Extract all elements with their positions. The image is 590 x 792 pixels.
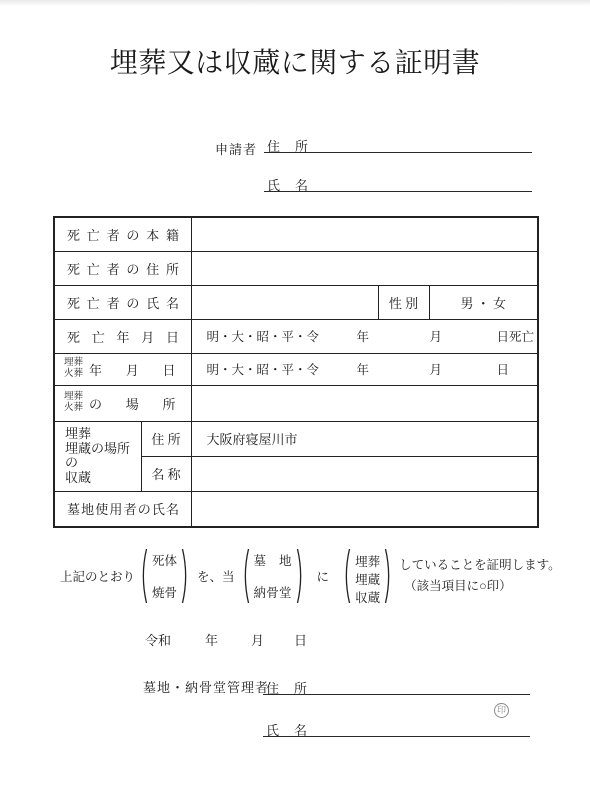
left-paren-icon [342,547,351,605]
domicile-label: 死 亡 者 の 本 籍 [54,217,191,251]
sex-label: 性 別 [378,285,429,319]
interment-name-label: 名 称 [141,456,191,491]
document-title: 埋葬又は収蔵に関する証明書 [0,41,590,81]
manager-label: 墓地・納骨堂管理者 [143,677,269,696]
manager-name-field: 氏 名 [263,720,530,737]
certification-sentence: 上記のとおり 死体 焼骨 を、当 墓 地 納骨堂 に 埋葬 埋蔵 収蔵 している… [60,547,561,605]
cert-statement: していることを証明します。 [399,558,561,572]
applicant-address-field: 住 所 [264,136,532,153]
cert-tail: していることを証明します。 （該当項目に○印） [399,555,561,597]
cert-mid1: を、当 [197,567,235,585]
table-row: 死 亡 者 の 氏 名 性 別 男 ・ 女 [54,285,538,319]
applicant-name-label: 氏 名 [264,178,309,193]
burial-place-label: の 場 所 [83,394,188,413]
cert-note: （該当項目に○印） [399,579,512,593]
era-options: 明・大・昭・平・令 [207,327,320,345]
table-row: 埋葬火葬 年 月 日 明・大・昭・平・令 年 月 日 [54,353,538,385]
table-row: 死 亡 年 月 日 明・大・昭・平・令 年 月 日死亡 [54,319,538,353]
burial-cremation-stack: 埋葬火葬 [64,358,83,380]
applicant-label: 申請者 [215,139,257,158]
issue-date-line: 令和 年 月 日 [145,630,345,646]
year-label: 年 [357,327,370,345]
table-row: 墓地使用者の氏名 [54,491,538,527]
interment-address-label: 住 所 [141,421,191,456]
deceased-name-value [191,285,378,319]
option-burial: 埋葬 [355,552,380,570]
right-paren-icon [296,547,305,605]
day-death-label: 日死亡 [497,327,535,345]
subject-options-group: 死体 焼骨 [139,547,190,605]
option-graveyard: 墓 地 [254,551,292,569]
day-label: 日 [497,360,510,378]
option-corpse: 死体 [152,551,177,569]
page-top-shadow [0,0,590,6]
burial-date-value-cell: 明・大・昭・平・令 年 月 日 [191,353,538,385]
left-paren-icon [241,547,250,605]
interment-place-label: 埋葬 埋蔵の場所の 収蔵 [54,421,141,491]
applicant-address-label: 住 所 [264,139,309,154]
option-interment: 埋蔵 [355,570,380,588]
death-date-label: 死 亡 年 月 日 [54,319,191,353]
burial-cremation-stack: 埋葬火葬 [64,392,83,414]
burial-date-label-cell: 埋葬火葬 年 月 日 [54,353,191,385]
burial-place-label-cell: 埋葬火葬 の 場 所 [54,385,191,421]
table-row: 埋葬火葬 の 場 所 [54,385,538,421]
table-row: 埋葬 埋蔵の場所の 収蔵 住 所 大阪府寝屋川市 [54,421,538,456]
deceased-name-label: 死 亡 者 の 氏 名 [54,285,191,319]
left-paren-icon [139,547,148,605]
month-label: 月 [251,630,264,649]
interment-name-value [191,456,538,491]
month-label: 月 [430,327,443,345]
interment-address-value: 大阪府寝屋川市 [191,421,538,456]
grave-user-name-value [191,491,538,527]
option-storage: 収蔵 [355,588,380,606]
burial-place-value [191,385,538,421]
table-row: 死 亡 者 の 住 所 [54,251,538,285]
cert-mid2: に [317,567,330,585]
era-options: 明・大・昭・平・令 [207,360,320,378]
manager-address-label: 住 所 [263,681,308,696]
table-row: 死 亡 者 の 本 籍 [54,217,538,251]
right-paren-icon [384,547,393,605]
option-charnel-house: 納骨堂 [254,583,292,601]
cert-lead: 上記のとおり [60,567,135,585]
death-date-value-cell: 明・大・昭・平・令 年 月 日死亡 [191,319,538,353]
day-label: 日 [294,630,307,649]
reiwa-era-label: 令和 [145,630,171,649]
action-options-group: 埋葬 埋蔵 収蔵 [342,547,393,605]
deceased-address-value [191,251,538,285]
burial-date-label: 年 月 日 [83,360,188,379]
deceased-info-table: 死 亡 者 の 本 籍 死 亡 者 の 住 所 死 亡 者 の 氏 名 性 別 … [53,216,539,528]
manager-name-label: 氏 名 [263,723,308,738]
year-label: 年 [205,630,218,649]
right-paren-icon [181,547,190,605]
month-label: 月 [430,360,443,378]
deceased-address-label: 死 亡 者 の 住 所 [54,251,191,285]
seal-icon: 印 [494,703,509,718]
year-label: 年 [357,360,370,378]
domicile-value [191,217,538,251]
grave-user-name-label: 墓地使用者の氏名 [54,491,191,527]
manager-address-field: 住 所 [263,678,530,695]
option-cremated-remains: 焼骨 [152,583,177,601]
place-options-group: 墓 地 納骨堂 [241,547,305,605]
applicant-name-field: 氏 名 [264,175,532,192]
sex-options: 男 ・ 女 [429,285,538,319]
